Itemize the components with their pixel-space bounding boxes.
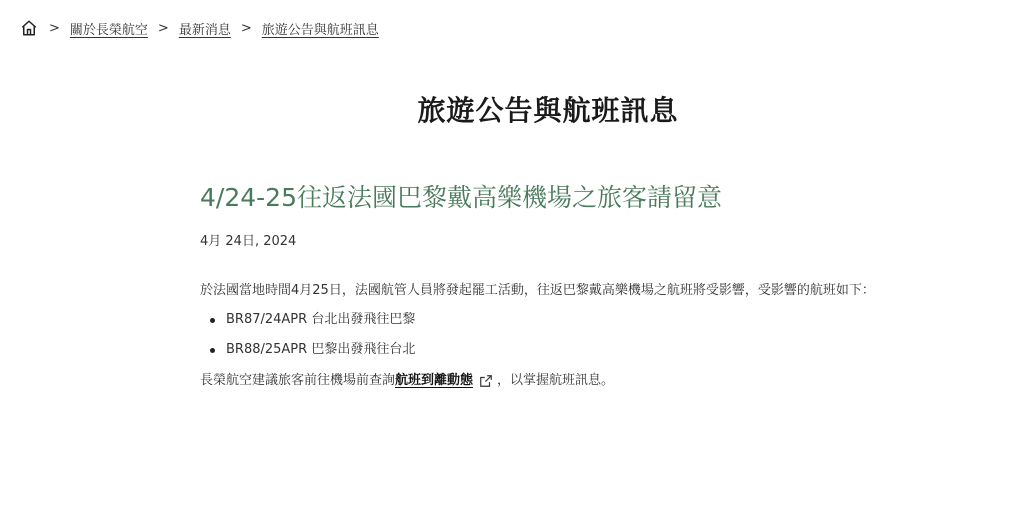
flight-text: BR88/25APR 巴黎出發飛往台北 [226, 342, 415, 357]
breadcrumb-separator: > [49, 21, 60, 36]
breadcrumb-separator: > [158, 21, 169, 36]
advice-paragraph: 長榮航空建議旅客前往機場前查詢 航班到離動態 ，以掌握航班訊息。 [200, 371, 890, 391]
breadcrumb-travel-notice-link[interactable]: 旅遊公告與航班訊息 [262, 19, 379, 38]
article-title: 4/24-25往返法國巴黎戴高樂機場之旅客請留意 [200, 180, 900, 216]
breadcrumb-news-link[interactable]: 最新消息 [179, 19, 231, 38]
advice-prefix: 長榮航空建議旅客前往機場前查詢 [200, 371, 395, 391]
list-item: BR87/24APR 台北出發飛往巴黎 [200, 308, 890, 338]
bullet-icon [210, 348, 215, 353]
external-link-icon[interactable] [479, 374, 493, 388]
breadcrumb: > 關於長榮航空 > 最新消息 > 旅遊公告與航班訊息 [19, 17, 379, 39]
list-item: BR88/25APR 巴黎出發飛往台北 [200, 338, 890, 368]
flight-status-link[interactable]: 航班到離動態 [395, 371, 473, 391]
article-date: 4月 24日, 2024 [200, 230, 900, 249]
page-title: 旅遊公告與航班訊息 [0, 89, 1024, 129]
flight-text: BR87/24APR 台北出發飛往巴黎 [226, 312, 415, 327]
breadcrumb-about-link[interactable]: 關於長榮航空 [70, 19, 148, 38]
article-intro: 於法國當地時間4月25日，法國航管人員將發起罷工活動，往返巴黎戴高樂機場之航班將… [200, 281, 890, 301]
article-body: 於法國當地時間4月25日，法國航管人員將發起罷工活動，往返巴黎戴高樂機場之航班將… [200, 281, 890, 391]
affected-flights-list: BR87/24APR 台北出發飛往巴黎 BR88/25APR 巴黎出發飛往台北 [200, 308, 890, 368]
home-icon[interactable] [19, 18, 39, 38]
breadcrumb-separator: > [241, 21, 252, 36]
bullet-icon [210, 318, 215, 323]
advice-suffix: ，以掌握航班訊息。 [497, 371, 614, 391]
article: 4/24-25往返法國巴黎戴高樂機場之旅客請留意 4月 24日, 2024 於法… [200, 180, 900, 391]
